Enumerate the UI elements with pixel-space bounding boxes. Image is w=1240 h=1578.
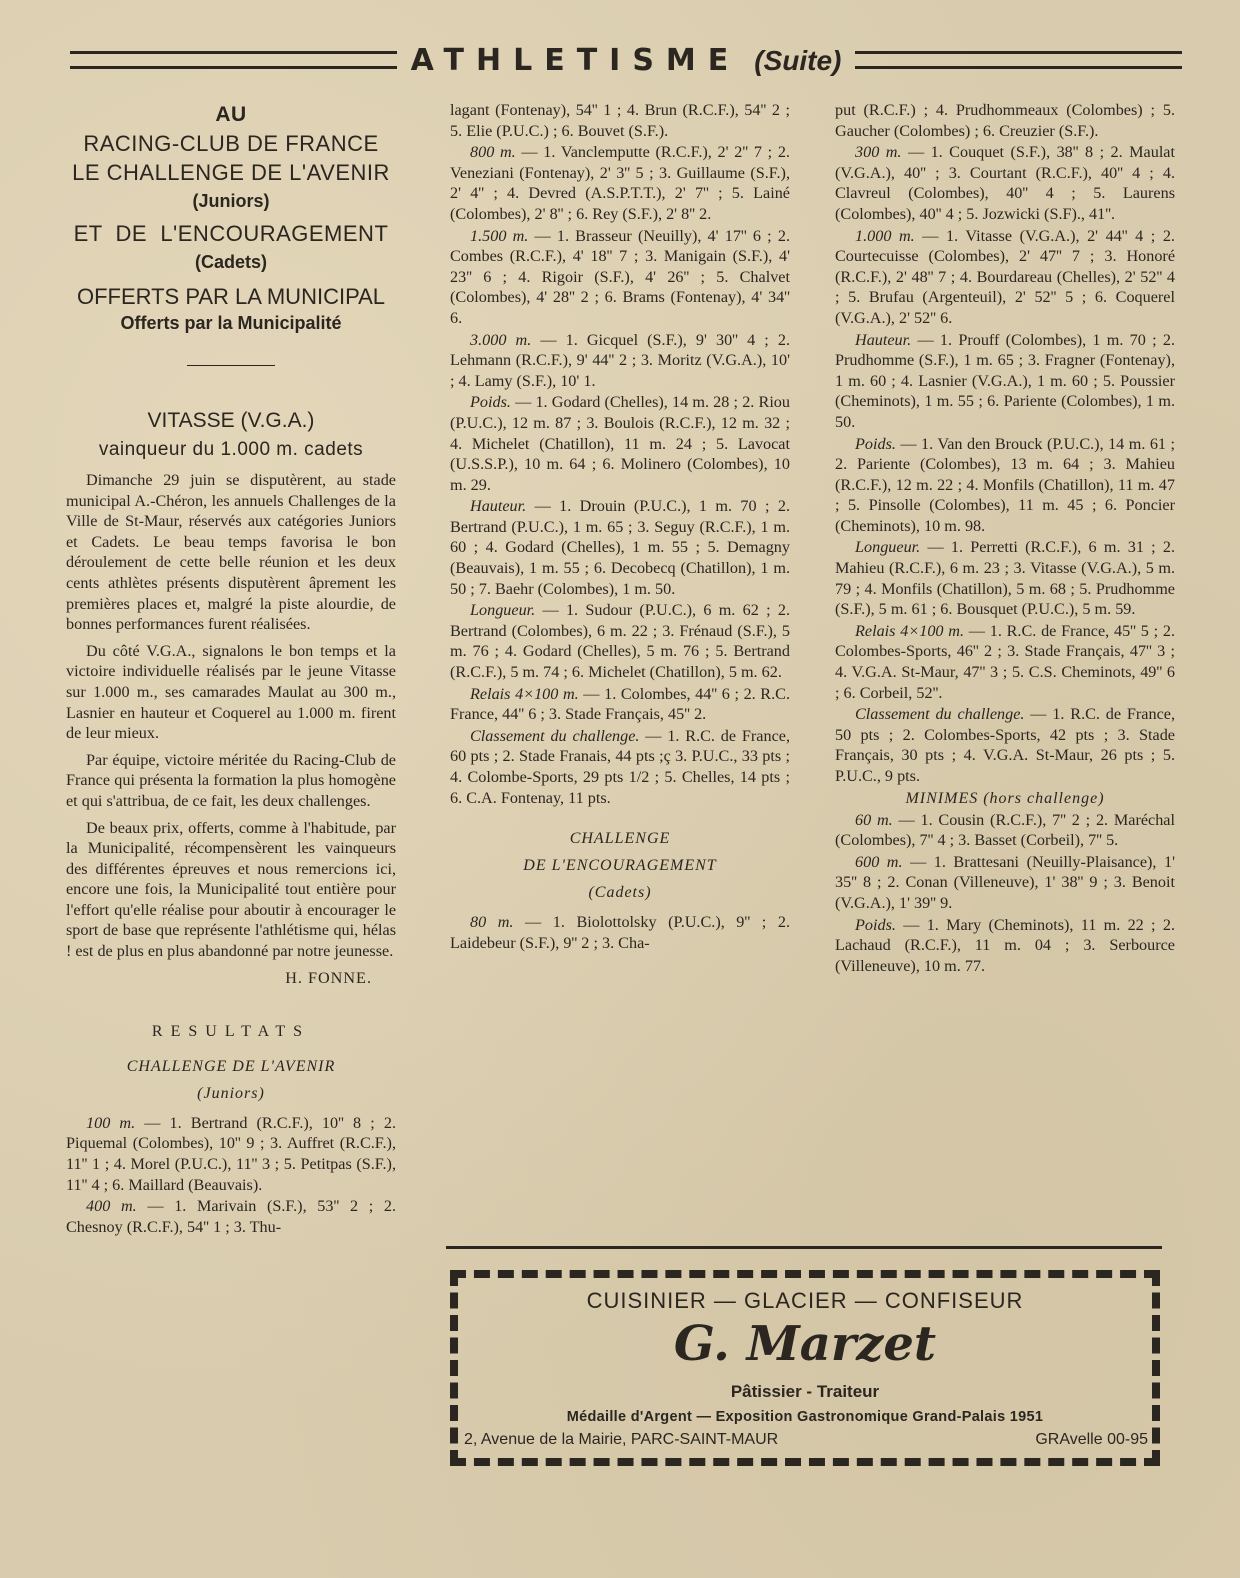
headline-line-1: AU <box>66 100 396 129</box>
avenir-subtitle: (Juniors) <box>66 1080 396 1107</box>
event-name: Poids. <box>855 916 896 934</box>
ad-trades: CUISINIER — GLACIER — CONFISEUR <box>458 1288 1152 1314</box>
result-entry: Poids. — 1. Mary (Cheminots), 11 m. 22 ;… <box>835 915 1175 977</box>
result-entry: Classement du challenge. — 1. R.C. de Fr… <box>450 726 790 808</box>
article-paragraph: Dimanche 29 juin se disputèrent, au stad… <box>66 470 396 635</box>
result-entry-continued: lagant (Fontenay), 54'' 1 ; 4. Brun (R.C… <box>450 100 790 141</box>
event-name: 300 m. <box>855 143 901 161</box>
event-name: Classement du challenge. <box>470 727 639 745</box>
section-continued-label: (Suite) <box>754 45 841 77</box>
event-name: 60 m. <box>855 811 893 829</box>
subhead-line-2: vainqueur du 1.000 m. cadets <box>66 436 396 464</box>
advertisement-content: CUISINIER — GLACIER — CONFISEUR G. Marze… <box>458 1278 1152 1458</box>
event-name: 800 m. <box>470 143 516 161</box>
ad-separator-rule <box>446 1246 1162 1249</box>
result-entry: 600 m. — 1. Brattesani (Neuilly-Plaisanc… <box>835 852 1175 914</box>
encouragement-title-1: CHALLENGE <box>450 825 790 852</box>
event-name: Poids. <box>855 435 896 453</box>
article-paragraph: De beaux prix, offerts, comme à l'habitu… <box>66 818 396 962</box>
ad-address: 2, Avenue de la Mairie, PARC-SAINT-MAUR <box>464 1431 778 1449</box>
headline-line-7: OFFERTS PAR LA MUNICIPAL <box>66 282 396 311</box>
result-entry: Classement du challenge. — 1. R.C. de Fr… <box>835 704 1175 786</box>
event-name: 1.000 m. <box>855 227 915 245</box>
event-name: Poids. <box>470 393 511 411</box>
article-author: H. FONNE. <box>66 968 396 989</box>
event-name: 400 m. <box>86 1197 137 1215</box>
column-3: put (R.C.F.) ; 4. Prudhommeaux (Colombes… <box>835 100 1175 977</box>
event-name: Hauteur. <box>855 331 911 349</box>
result-entry: 300 m. — 1. Couquet (S.F.), 38'' 8 ; 2. … <box>835 142 1175 224</box>
result-entry: 60 m. — 1. Cousin (R.C.F.), 7'' 2 ; 2. M… <box>835 810 1175 851</box>
headline-line-4: (Juniors) <box>66 187 396 215</box>
ad-phone: GRAvelle 00-95 <box>1035 1431 1148 1449</box>
headline-line-6: (Cadets) <box>66 248 396 276</box>
result-entry: Longueur. — 1. Perretti (R.C.F.), 6 m. 3… <box>835 537 1175 619</box>
result-entry: Poids. — 1. Van den Brouck (P.U.C.), 14 … <box>835 434 1175 537</box>
headline-line-3: LE CHALLENGE DE L'AVENIR <box>66 158 396 187</box>
ad-business-name: G. Marzet <box>458 1316 1152 1372</box>
header-rule-right <box>855 51 1182 69</box>
article-paragraph: Du côté V.G.A., signalons le bon temps e… <box>66 641 396 744</box>
event-name: Relais 4×100 m. <box>855 622 964 640</box>
result-entry: 3.000 m. — 1. Gicquel (S.F.), 9' 30'' 4 … <box>450 330 790 392</box>
separator-rule <box>187 365 275 366</box>
header-rule-left <box>70 51 397 69</box>
minimes-title: MINIMES (hors challenge) <box>835 788 1175 810</box>
event-name: 3.000 m. <box>470 331 531 349</box>
headline-line-5: ET DE L'ENCOURAGEMENT <box>66 219 396 248</box>
avenir-title: CHALLENGE DE L'AVENIR <box>66 1053 396 1080</box>
article-headline: AU RACING-CLUB DE FRANCE LE CHALLENGE DE… <box>66 100 396 464</box>
result-entry: 400 m. — 1. Marivain (S.F.), 53'' 2 ; 2.… <box>66 1196 396 1237</box>
column-2: lagant (Fontenay), 54'' 1 ; 4. Brun (R.C… <box>450 100 790 954</box>
result-entry: Hauteur. — 1. Prouff (Colombes), 1 m. 70… <box>835 330 1175 433</box>
encouragement-subtitle: (Cadets) <box>450 879 790 906</box>
result-entry: 100 m. — 1. Bertrand (R.C.F.), 10'' 8 ; … <box>66 1113 396 1195</box>
header-title-group: ATHLETISME (Suite) <box>397 43 856 78</box>
event-results: lagant (Fontenay), 54'' 1 ; 4. Brun (R.C… <box>450 101 790 140</box>
newspaper-page: ATHLETISME (Suite) AU RACING-CLUB DE FRA… <box>0 0 1240 1578</box>
result-entry: Hauteur. — 1. Drouin (P.U.C.), 1 m. 70 ;… <box>450 496 790 599</box>
event-name: Relais 4×100 m. <box>470 685 579 703</box>
result-entry: 1.500 m. — 1. Brasseur (Neuilly), 4' 17'… <box>450 226 790 329</box>
result-entry: 1.000 m. — 1. Vitasse (V.G.A.), 2' 44'' … <box>835 226 1175 329</box>
event-name: 100 m. <box>86 1114 135 1132</box>
ad-role: Pâtissier - Traiteur <box>458 1382 1152 1402</box>
column-1: AU RACING-CLUB DE FRANCE LE CHALLENGE DE… <box>66 100 396 1238</box>
result-entry: 800 m. — 1. Vanclemputte (R.C.F.), 2' 2'… <box>450 142 790 224</box>
headline-line-2: RACING-CLUB DE FRANCE <box>66 129 396 158</box>
result-entry-continued: put (R.C.F.) ; 4. Prudhommeaux (Colombes… <box>835 100 1175 141</box>
event-name: Longueur. <box>470 601 535 619</box>
subhead-line-1: VITASSE (V.G.A.) <box>66 406 396 436</box>
result-entry: Relais 4×100 m. — 1. R.C. de France, 45'… <box>835 621 1175 703</box>
event-results: put (R.C.F.) ; 4. Prudhommeaux (Colombes… <box>835 101 1175 140</box>
headline-line-8: Offerts par la Municipalité <box>66 311 396 335</box>
ad-contact-row: 2, Avenue de la Mairie, PARC-SAINT-MAUR … <box>458 1431 1152 1449</box>
result-entry: Relais 4×100 m. — 1. Colombes, 44'' 6 ; … <box>450 684 790 725</box>
event-name: 600 m. <box>855 853 903 871</box>
ad-medal: Médaille d'Argent — Exposition Gastronom… <box>458 1409 1152 1425</box>
encouragement-title-2: DE L'ENCOURAGEMENT <box>450 852 790 879</box>
event-name: 1.500 m. <box>470 227 528 245</box>
article-paragraph: Par équipe, victoire méritée du Racing-C… <box>66 750 396 812</box>
event-name: Longueur. <box>855 538 920 556</box>
event-name: Classement du challenge. <box>855 705 1024 723</box>
event-name: 80 m. <box>470 913 513 931</box>
section-header: ATHLETISME (Suite) <box>70 40 1182 80</box>
results-title: RESULTATS <box>66 1022 396 1043</box>
event-name: Hauteur. <box>470 497 526 515</box>
result-entry: Longueur. — 1. Sudour (P.U.C.), 6 m. 62 … <box>450 600 790 682</box>
advertisement-box: CUISINIER — GLACIER — CONFISEUR G. Marze… <box>450 1270 1160 1466</box>
section-title: ATHLETISME <box>411 43 741 78</box>
result-entry: Poids. — 1. Godard (Chelles), 14 m. 28 ;… <box>450 392 790 495</box>
result-entry: 80 m. — 1. Biolottolsky (P.U.C.), 9'' ; … <box>450 912 790 953</box>
